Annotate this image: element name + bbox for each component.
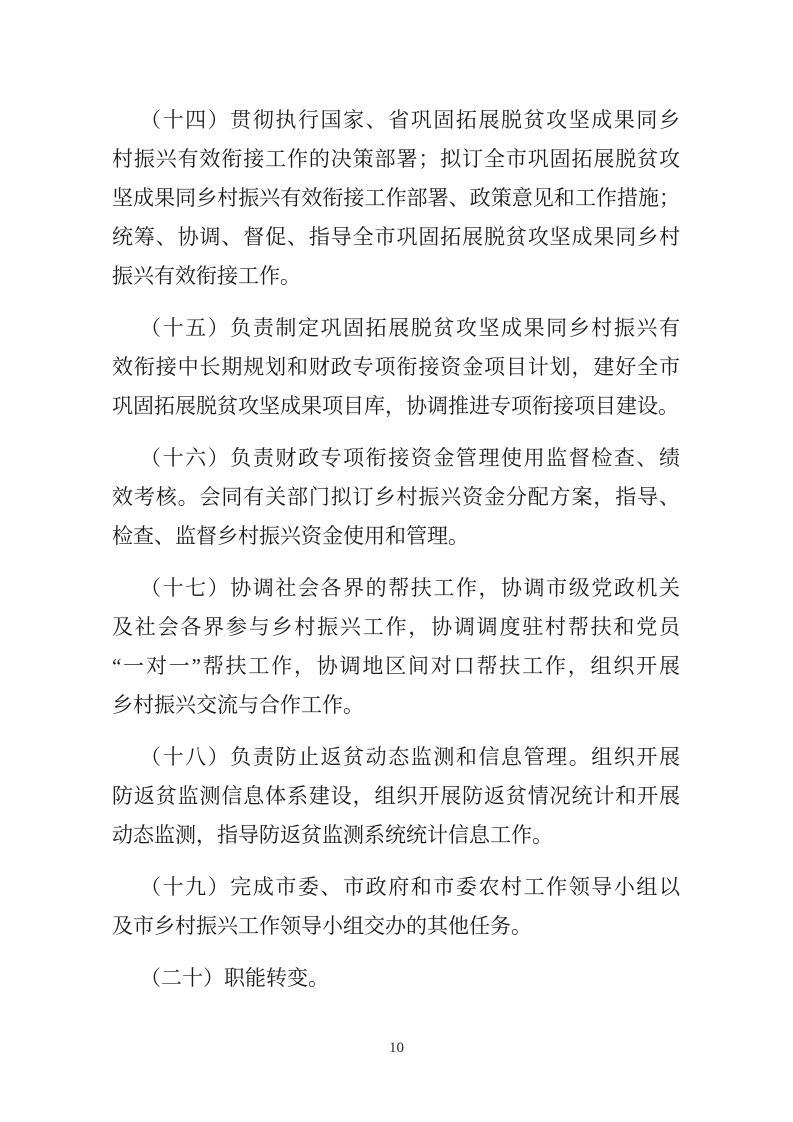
text-line: （十六）负责财政专项衔接资金管理使用监督检查、绩 bbox=[112, 439, 680, 478]
text-line: 统筹、协调、督促、指导全市巩固拓展脱贫攻坚成果同乡村 bbox=[112, 218, 680, 257]
text-line: 乡村振兴交流与合作工作。 bbox=[112, 686, 680, 725]
text-line: 防返贫监测信息体系建设，组织开展防返贫情况统计和开展 bbox=[112, 777, 680, 816]
text-line: （十四）贯彻执行国家、省巩固拓展脱贫攻坚成果同乡 bbox=[112, 101, 680, 140]
page-number: 10 bbox=[0, 1038, 793, 1058]
text-line: （十九）完成市委、市政府和市委农村工作领导小组以 bbox=[112, 868, 680, 907]
text-line: 效考核。会同有关部门拟订乡村振兴资金分配方案，指导、 bbox=[112, 478, 680, 517]
text-line: （十八）负责防止返贫动态监测和信息管理。组织开展 bbox=[112, 738, 680, 777]
paragraph-18: （十八）负责防止返贫动态监测和信息管理。组织开展 防返贫监测信息体系建设，组织开… bbox=[112, 738, 680, 855]
paragraph-19: （十九）完成市委、市政府和市委农村工作领导小组以 及市乡村振兴工作领导小组交办的… bbox=[112, 868, 680, 946]
text-line: 坚成果同乡村振兴有效衔接工作部署、政策意见和工作措施； bbox=[112, 179, 680, 218]
text-line: 效衔接中长期规划和财政专项衔接资金项目计划，建好全市 bbox=[112, 348, 680, 387]
text-line: （十五）负责制定巩固拓展脱贫攻坚成果同乡村振兴有 bbox=[112, 309, 680, 348]
document-page: { "page": { "background_color": "#ffffff… bbox=[0, 0, 793, 1122]
paragraph-16: （十六）负责财政专项衔接资金管理使用监督检查、绩 效考核。会同有关部门拟订乡村振… bbox=[112, 439, 680, 556]
paragraph-17: （十七）协调社会各界的帮扶工作，协调市级党政机关 及社会各界参与乡村振兴工作，协… bbox=[112, 569, 680, 725]
text-line: 巩固拓展脱贫攻坚成果项目库，协调推进专项衔接项目建设。 bbox=[112, 387, 680, 426]
text-line: 及市乡村振兴工作领导小组交办的其他任务。 bbox=[112, 907, 680, 946]
text-line: 检查、监督乡村振兴资金使用和管理。 bbox=[112, 517, 680, 556]
text-line: 振兴有效衔接工作。 bbox=[112, 257, 680, 296]
text-line: 动态监测，指导防返贫监测系统统计信息工作。 bbox=[112, 816, 680, 855]
text-line: （十七）协调社会各界的帮扶工作，协调市级党政机关 bbox=[112, 569, 680, 608]
paragraph-14: （十四）贯彻执行国家、省巩固拓展脱贫攻坚成果同乡 村振兴有效衔接工作的决策部署；… bbox=[112, 101, 680, 296]
text-line: 及社会各界参与乡村振兴工作，协调调度驻村帮扶和党员 bbox=[112, 608, 680, 647]
document-body: （十四）贯彻执行国家、省巩固拓展脱贫攻坚成果同乡 村振兴有效衔接工作的决策部署；… bbox=[112, 101, 680, 1011]
paragraph-20: （二十）职能转变。 bbox=[112, 959, 680, 998]
text-line: （二十）职能转变。 bbox=[112, 959, 680, 998]
paragraph-15: （十五）负责制定巩固拓展脱贫攻坚成果同乡村振兴有 效衔接中长期规划和财政专项衔接… bbox=[112, 309, 680, 426]
text-line: “一对一”帮扶工作，协调地区间对口帮扶工作，组织开展 bbox=[112, 647, 680, 686]
text-line: 村振兴有效衔接工作的决策部署；拟订全市巩固拓展脱贫攻 bbox=[112, 140, 680, 179]
